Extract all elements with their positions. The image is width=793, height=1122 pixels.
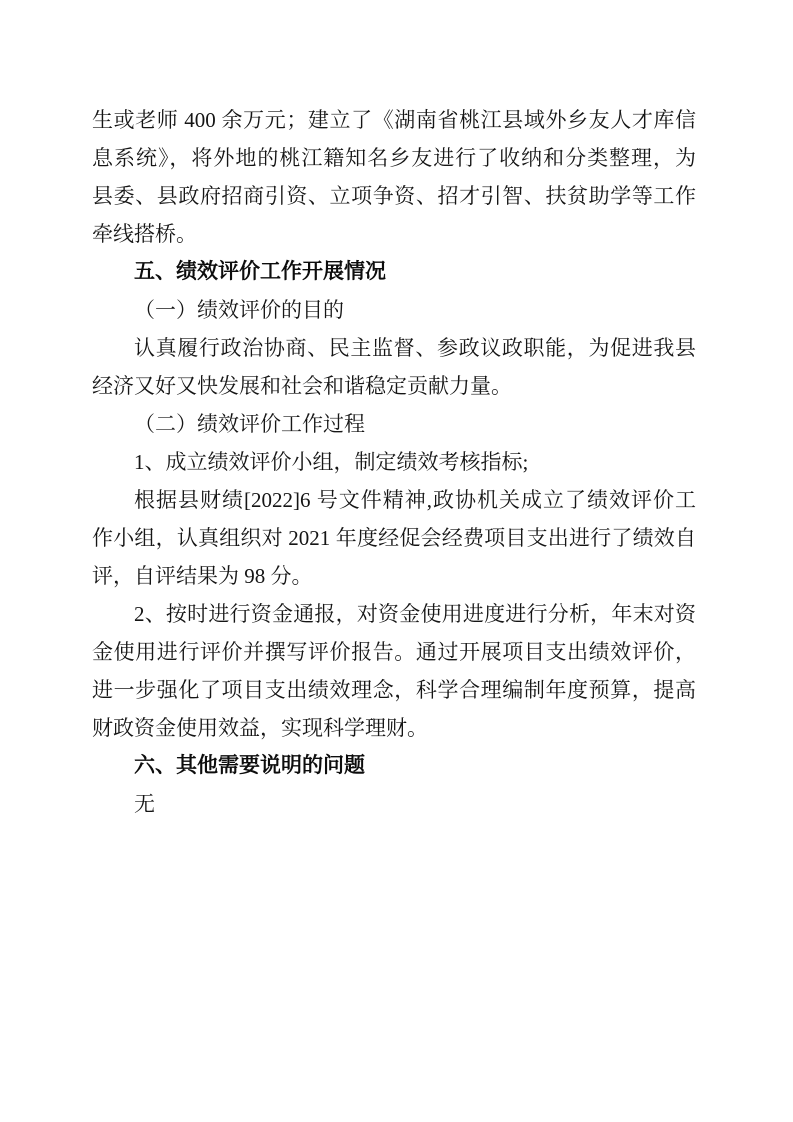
- para-purpose-line-2: 经济又好又快发展和社会和谐稳定贡献力量。: [92, 367, 696, 405]
- para-step2-line-3: 进一步强化了项目支出绩效理念，科学合理编制年度预算，提高: [92, 671, 696, 709]
- para-none: 无: [92, 785, 696, 823]
- para-step2-line-4: 财政资金使用效益，实现科学理财。: [92, 709, 696, 747]
- para-continuation-line-4: 牵线搭桥。: [92, 215, 696, 253]
- heading-section-six: 六、其他需要说明的问题: [92, 747, 696, 785]
- heading-subsection-two: （二）绩效评价工作过程: [92, 405, 696, 443]
- para-step2-line-1: 2、按时进行资金通报，对资金使用进度进行分析，年末对资: [92, 595, 696, 633]
- para-step2-line-2: 金使用进行评价并撰写评价报告。通过开展项目支出绩效评价，: [92, 633, 696, 671]
- heading-section-five: 五、绩效评价工作开展情况: [92, 253, 696, 291]
- para-step1-detail-line-2: 作小组，认真组织对 2021 年度经促会经费项目支出进行了绩效自: [92, 519, 696, 557]
- para-step1-line-1: 1、成立绩效评价小组，制定绩效考核指标;: [92, 443, 696, 481]
- para-step1-detail-line-3: 评，自评结果为 98 分。: [92, 557, 696, 595]
- para-continuation-line-3: 县委、县政府招商引资、立项争资、招才引智、扶贫助学等工作: [92, 177, 696, 215]
- heading-subsection-one: （一）绩效评价的目的: [92, 291, 696, 329]
- document-body: 生或老师 400 余万元；建立了《湖南省桃江县域外乡友人才库信 息系统》，将外地…: [92, 101, 696, 823]
- para-continuation-line-1: 生或老师 400 余万元；建立了《湖南省桃江县域外乡友人才库信: [92, 101, 696, 139]
- document-page: 生或老师 400 余万元；建立了《湖南省桃江县域外乡友人才库信 息系统》，将外地…: [0, 0, 793, 1122]
- para-continuation-line-2: 息系统》，将外地的桃江籍知名乡友进行了收纳和分类整理，为: [92, 139, 696, 177]
- para-purpose-line-1: 认真履行政治协商、民主监督、参政议政职能，为促进我县: [92, 329, 696, 367]
- para-step1-detail-line-1: 根据县财绩[2022]6 号文件精神,政协机关成立了绩效评价工: [92, 481, 696, 519]
